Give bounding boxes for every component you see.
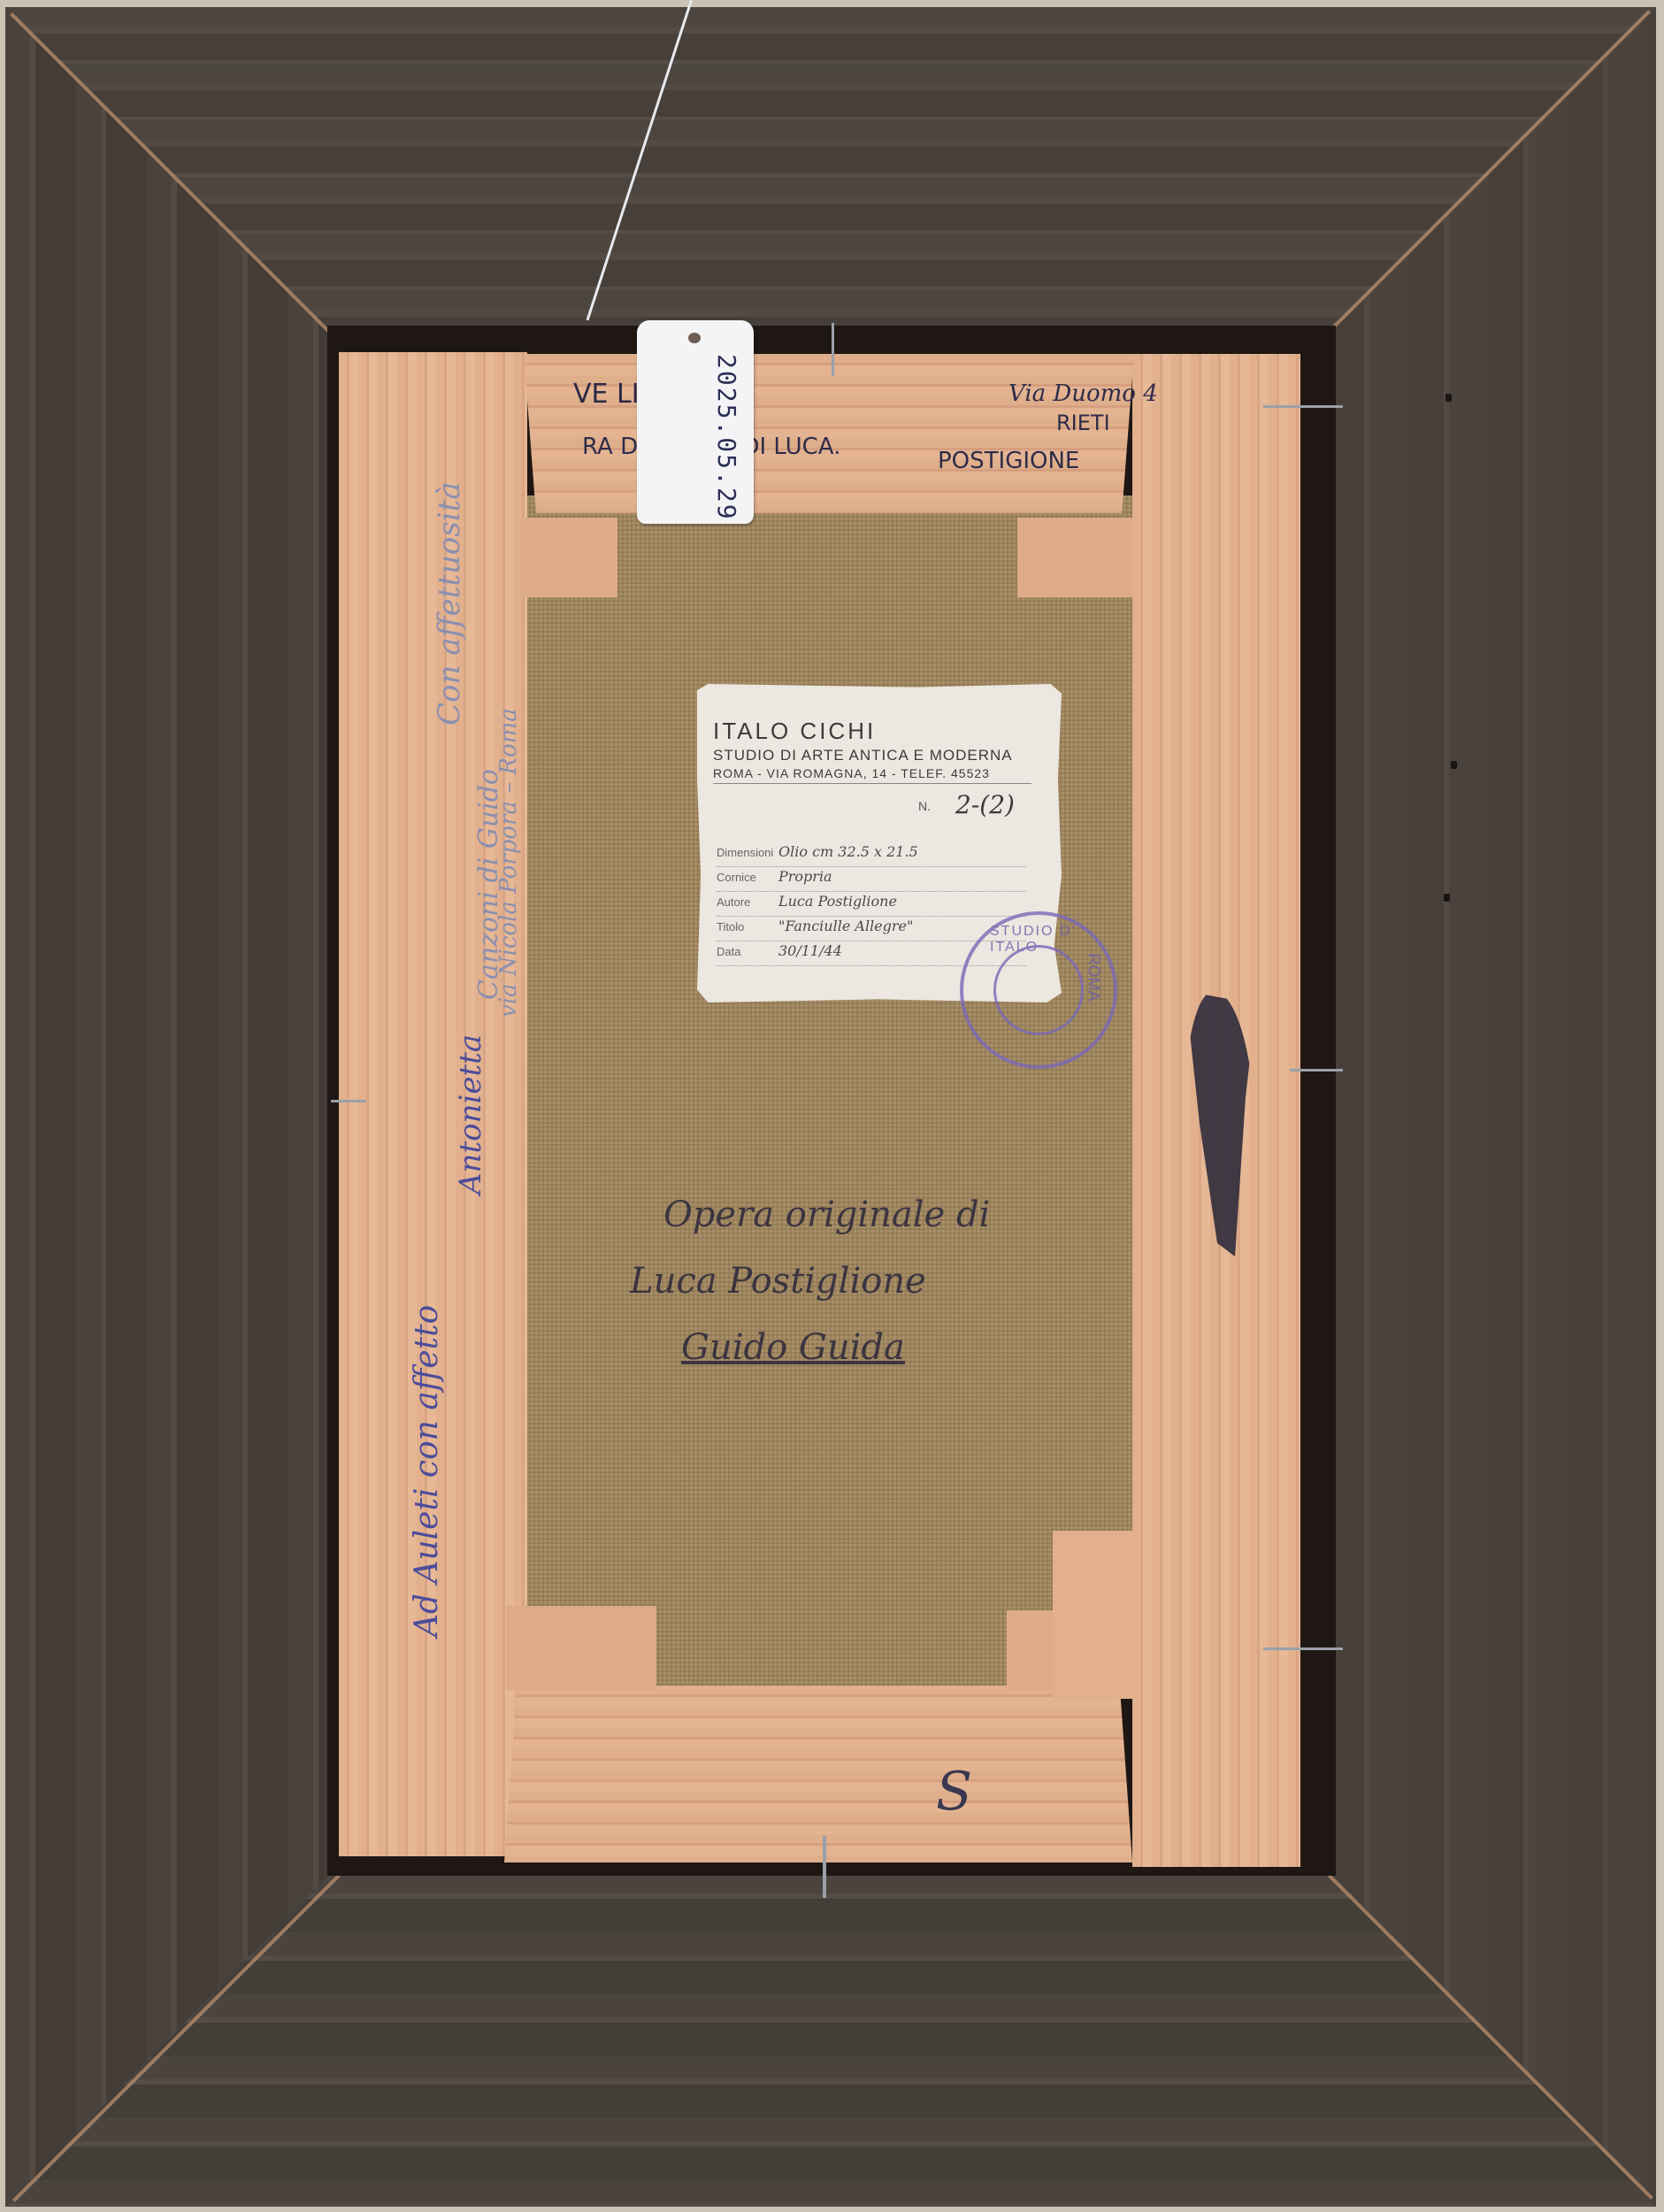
nail-top xyxy=(832,323,834,376)
nail-right-top xyxy=(1263,405,1343,408)
corner-key-bl xyxy=(506,1606,656,1690)
left-bar-pencil-note-3: via Nicola Porpora – Roma xyxy=(495,708,522,1018)
nail-bottom xyxy=(823,1836,826,1898)
inventory-tag: 2025.05.29 xyxy=(637,320,754,524)
stamp-text: STUDIO D' ITALO xyxy=(990,924,1114,956)
painting-back-photo: VE LIBRERIA - Via Duomo 4 RIETI RA DI PO… xyxy=(0,0,1664,2212)
frame-left-rail xyxy=(5,7,333,2207)
label-row-frame: CornicePropria xyxy=(717,868,1026,892)
burlap-canvas xyxy=(520,495,1139,1699)
label-row-author: AutoreLuca Postiglione xyxy=(717,893,1026,917)
corner-key-tl xyxy=(520,518,617,597)
nail-right-bottom xyxy=(1263,1647,1343,1650)
label-row-dimensions: DimensioniOlio cm 32.5 x 21.5 xyxy=(717,843,1026,867)
stamp-city: ROMA xyxy=(1085,954,1103,1002)
left-bar-signature: Antonietta xyxy=(453,1034,488,1194)
stretcher-bottom xyxy=(504,1686,1132,1863)
top-bar-city: RIETI xyxy=(1056,411,1110,435)
nail-right-middle xyxy=(1290,1069,1343,1071)
screw-hole xyxy=(1451,761,1457,769)
corner-key-br-upright xyxy=(1053,1531,1132,1699)
tag-hole xyxy=(688,333,701,343)
label-company: ITALO CICHI xyxy=(713,718,1013,745)
studio-stamp: STUDIO D' ITALO ROMA xyxy=(960,911,1117,1069)
label-subtitle: STUDIO DI ARTE ANTICA E MODERNA xyxy=(713,747,1013,764)
canvas-inscription-line1: Opera originale di xyxy=(663,1194,990,1235)
tag-number: 2025.05.29 xyxy=(712,354,741,521)
top-bar-address: Via Duomo 4 xyxy=(1008,380,1158,407)
corner-key-tr xyxy=(1017,518,1132,597)
nail-left xyxy=(331,1100,366,1102)
canvas-inscription-line2: Luca Postiglione xyxy=(630,1261,926,1302)
label-address: ROMA - VIA ROMAGNA, 14 - TELEF. 45523 xyxy=(713,766,1013,780)
canvas-inscription-line3: Guido Guida xyxy=(681,1327,905,1368)
left-bar-pencil-note-1: Con affettuosità xyxy=(432,481,467,726)
left-bar-dedication: Ad Auleti con affetto xyxy=(409,1305,445,1637)
frame-right-rail xyxy=(1329,7,1656,2207)
screw-hole xyxy=(1445,394,1452,402)
label-divider xyxy=(713,783,1031,784)
label-number-key: N. xyxy=(918,799,931,813)
stamp-inner-ring xyxy=(993,945,1084,1035)
screw-hole xyxy=(1444,894,1450,902)
label-number-value: 2-(2) xyxy=(955,790,1015,819)
top-bar-inscription-line3: POSTIGIONE xyxy=(938,448,1079,474)
bottom-bar-mark: S xyxy=(936,1761,972,1823)
